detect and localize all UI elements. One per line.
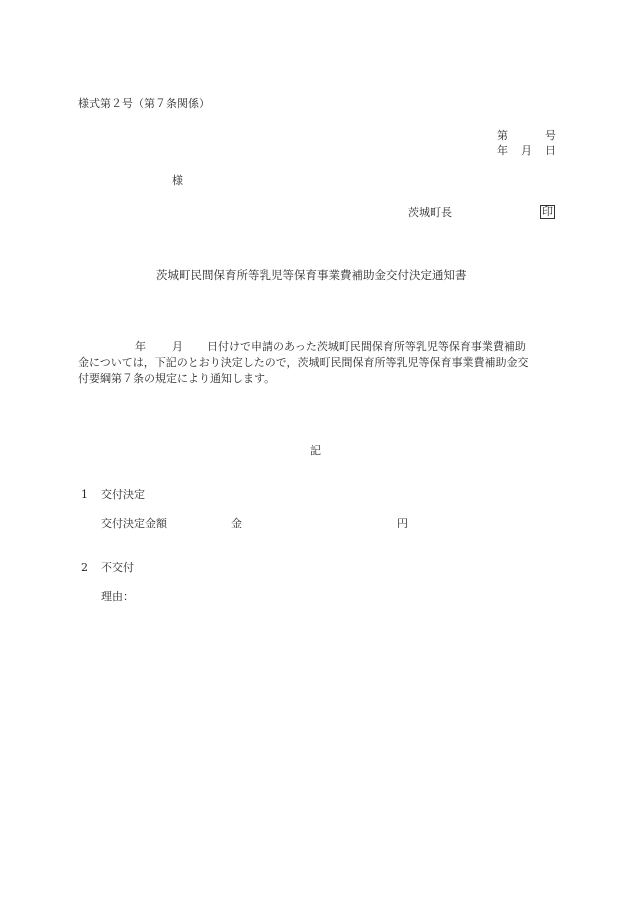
item-1-detail-label: 交付決定金額	[101, 517, 167, 531]
addressee-suffix: 様	[172, 174, 183, 188]
ki-heading: 記	[310, 444, 321, 458]
doc-no-prefix: 第	[497, 129, 508, 143]
date-year: 年	[497, 144, 508, 158]
item-1-unit: 円	[397, 517, 408, 531]
item-2-label: 不交付	[101, 561, 134, 575]
item-2-detail-label: 理由：	[101, 590, 134, 604]
body-line3: 付要綱第７条の規定により通知します。	[78, 372, 275, 386]
item-1-prefix: 金	[231, 517, 242, 531]
form-number: 様式第２号（第７条関係）	[78, 97, 210, 111]
issuer: 茨城町長	[408, 206, 452, 220]
body-month: 月	[172, 340, 183, 354]
seal-icon: 印	[540, 205, 555, 219]
seal-mark: 印	[540, 205, 555, 219]
doc-no-suffix: 号	[545, 129, 556, 143]
item-2-number: 2	[81, 561, 88, 575]
body-year: 年	[135, 340, 146, 354]
body-line2: 金については，下記のとおり決定したので，茨城町民間保育所等乳児等保育事業費補助金…	[78, 356, 529, 370]
item-1-number: 1	[81, 488, 88, 502]
item-1-label: 交付決定	[101, 488, 145, 502]
date-day: 日	[545, 144, 556, 158]
document-title: 茨城町民間保育所等乳児等保育事業費補助金交付決定通知書	[156, 268, 467, 282]
body-line1: 日付けで申請のあった茨城町民間保育所等乳児等保育事業費補助	[207, 340, 526, 354]
date-month: 月	[521, 144, 532, 158]
